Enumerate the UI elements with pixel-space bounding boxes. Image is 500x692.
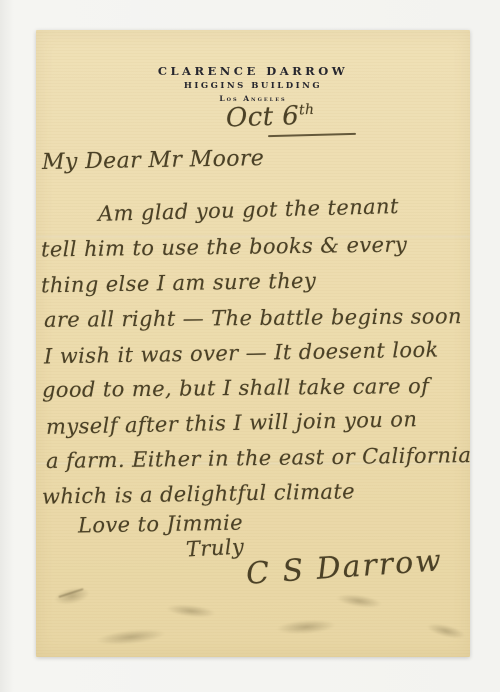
ink-smudge: [166, 602, 217, 619]
signature: C S Darrow: [245, 543, 444, 592]
handwritten-line: which is a delightful climate: [42, 479, 355, 508]
handwritten-line: a farm. Either in the east or California: [46, 443, 472, 473]
letterhead: CLARENCE DARROW HIGGINS BUILDING Los Ang…: [36, 64, 470, 103]
handwritten-line: myself after this I will join you on: [46, 407, 418, 439]
handwritten-line: good to me, but I shall take care of: [42, 374, 430, 402]
scanned-letter: { "letter": { "letterhead": { "name": "C…: [0, 0, 500, 692]
closing-valediction: Truly: [185, 534, 244, 561]
ink-smudge: [425, 620, 467, 641]
handwritten-line: tell him to use the books & every: [41, 232, 407, 261]
handwritten-line: are all right — The battle begins soon: [44, 304, 462, 332]
date-text: Oct 6: [226, 101, 300, 134]
date-suffix: th: [299, 102, 315, 119]
closing-regards: Love to Jimmie: [78, 511, 243, 538]
ink-smudge: [95, 626, 166, 647]
letterhead-name: CLARENCE DARROW: [36, 64, 470, 78]
handwritten-line: thing else I am sure they: [41, 269, 317, 298]
ink-smudge: [335, 592, 382, 610]
salutation: My Dear Mr Moore: [42, 146, 265, 175]
ink-smudge: [276, 618, 337, 636]
handwritten-date: Oct 6th: [226, 100, 316, 133]
letterhead-building: HIGGINS BUILDING: [36, 81, 470, 91]
handwritten-line: I wish it was over — It doesent look: [44, 338, 439, 369]
handwritten-line: Am glad you got the tenant: [98, 194, 399, 226]
date-underline-flourish: [268, 133, 356, 137]
letter-paper: CLARENCE DARROW HIGGINS BUILDING Los Ang…: [36, 30, 470, 657]
